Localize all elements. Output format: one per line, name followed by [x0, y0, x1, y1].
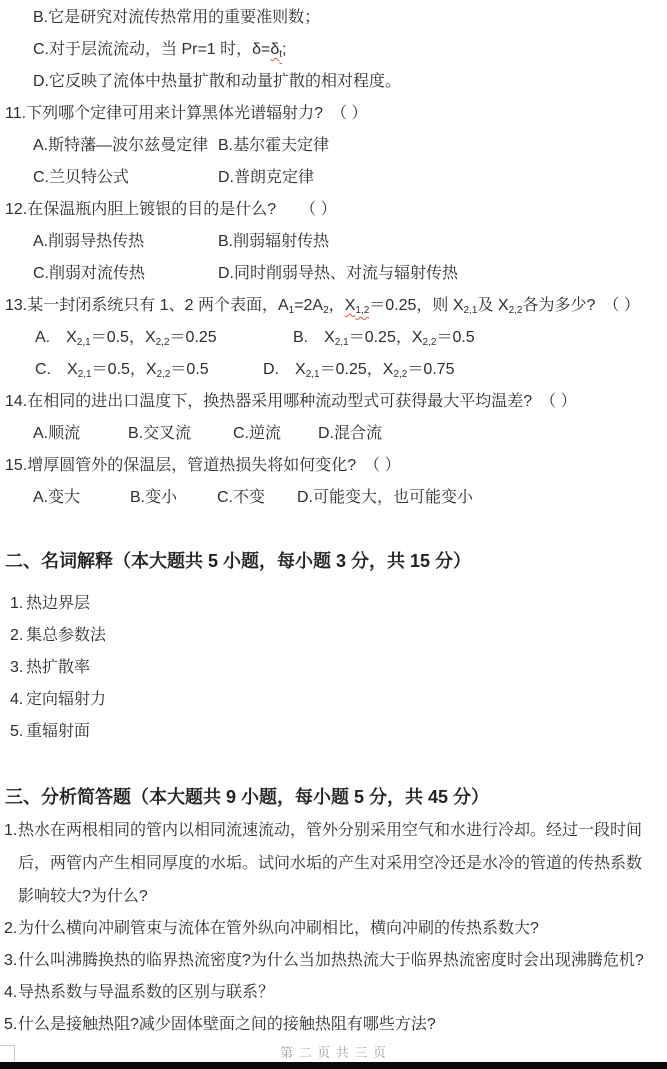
term-item-5-text: 重辐射面 [26, 723, 90, 740]
question-12-number: 12. [5, 194, 27, 226]
question-15: 15.增厚圆管外的保温层，管道热损失将如何变化? （ ） [0, 450, 667, 482]
section-3-heading: 三、分析简答题（本大题共 9 小题，每小题 5 分，共 45 分） [5, 780, 667, 814]
question-14-options-row: A.顺流B.交叉流C.逆流D.混合流 [33, 418, 667, 450]
q13-option-d: D. X2,1＝0.25，X2,2＝0.75 [263, 361, 454, 378]
short-answer-item-5-line-1: 什么是接触热阻?减少固体壁面之间的接触热阻有哪些方法? [18, 1009, 667, 1041]
short-answer-item-5-number: 5. [4, 1009, 17, 1041]
question-13-text: 某一封闭系统只有 1、2 两个表面，A1=2A2，X1,2＝0.25，则 X2,… [27, 297, 640, 314]
question-14-text: 在相同的进出口温度下，换热器采用哪种流动型式可获得最大平均温差? （ ） [27, 393, 576, 410]
question-13-options-row-1: A. X2,1＝0.5，X2,2＝0.25B. X2,1＝0.25，X2,2＝0… [35, 322, 667, 354]
q13-option-a: A. X2,1＝0.5，X2,2＝0.25 [35, 322, 293, 354]
term-item-5-number: 5. [10, 716, 26, 748]
question-15-number: 15. [5, 450, 27, 482]
q15-option-b: B.变小 [130, 482, 217, 514]
term-item-1: 1.热边界层 [0, 588, 667, 620]
q11-option-d: D.普朗克定律 [218, 169, 314, 186]
term-item-3: 3.热扩散率 [0, 652, 667, 684]
term-item-4-text: 定向辐射力 [26, 691, 106, 708]
short-answer-item-1-line-2: 后，两管内产生相同厚度的水垢。试问水垢的产生对采用空冷还是水冷的管道的传热系数 [18, 847, 667, 880]
question-14-number: 14. [5, 386, 27, 418]
question-11: 11.下列哪个定律可用来计算黑体光谱辐射力? （ ） [0, 98, 667, 130]
q15-option-a: A.变大 [33, 482, 130, 514]
question-15-options-row: A.变大B.变小C.不变D.可能变大，也可能变小 [33, 482, 667, 514]
question-13-number: 13. [5, 290, 27, 322]
q10-option-b: B.它是研究对流传热常用的重要准则数； [33, 2, 667, 34]
short-answer-item-4: 4. 导热系数与导温系数的区别与联系？ [0, 977, 667, 1009]
question-12-text: 在保温瓶内胆上镀银的目的是什么? （ ） [27, 201, 336, 218]
q15-option-c: C.不变 [217, 482, 297, 514]
q14-option-a: A.顺流 [33, 418, 128, 450]
q14-option-d: D.混合流 [318, 425, 382, 442]
q14-option-b: B.交叉流 [128, 418, 233, 450]
term-item-4-number: 4. [10, 684, 26, 716]
section-2-items: 1.热边界层 2.集总参数法 3.热扩散率 4.定向辐射力 5.重辐射面 [0, 588, 667, 748]
q11-option-a: A.斯特藩—波尔兹曼定律 [33, 130, 218, 162]
q10-option-c: C.对于层流流动，当 Pr=1 时，δ=δt; [33, 34, 667, 66]
question-11-number: 11. [5, 98, 26, 130]
short-answer-item-1-line-1: 热水在两根相同的管内以相同流速流动，管外分别采用空气和水进行冷却。经过一段时间 [18, 814, 667, 847]
page-footer: 第 二 页 共 三 页 [0, 1046, 667, 1060]
term-item-2: 2.集总参数法 [0, 620, 667, 652]
q14-option-c: C.逆流 [233, 418, 318, 450]
short-answer-item-2-line-1: 为什么横向冲刷管束与流体在管外纵向冲刷相比，横向冲刷的传热系数大? [18, 913, 667, 945]
short-answer-item-2: 2. 为什么横向冲刷管束与流体在管外纵向冲刷相比，横向冲刷的传热系数大? [0, 913, 667, 945]
term-item-3-number: 3. [10, 652, 26, 684]
short-answer-item-3-number: 3. [4, 945, 17, 977]
question-15-text: 增厚圆管外的保温层，管道热损失将如何变化? （ ） [27, 457, 400, 474]
question-11-text: 下列哪个定律可用来计算黑体光谱辐射力? （ ） [26, 105, 367, 122]
short-answer-item-1: 1. 热水在两根相同的管内以相同流速流动，管外分别采用空气和水进行冷却。经过一段… [0, 814, 667, 913]
footer-corner-box [0, 1045, 15, 1063]
multiple-choice-section: B.它是研究对流传热常用的重要准则数； C.对于层流流动，当 Pr=1 时，δ=… [0, 0, 667, 514]
term-item-4: 4.定向辐射力 [0, 684, 667, 716]
question-13-options-row-2: C. X2,1＝0.5，X2,2＝0.5D. X2,1＝0.25，X2,2＝0.… [35, 354, 667, 386]
question-14: 14.在相同的进出口温度下，换热器采用哪种流动型式可获得最大平均温差? （ ） [0, 386, 667, 418]
short-answer-item-1-line-3: 影响较大?为什么? [18, 880, 667, 913]
question-11-options-row-2: C.兰贝特公式D.普朗克定律 [33, 162, 667, 194]
term-item-2-text: 集总参数法 [26, 627, 106, 644]
q13-option-c: C. X2,1＝0.5，X2,2＝0.5 [35, 354, 263, 386]
short-answer-item-5: 5. 什么是接触热阻?减少固体壁面之间的接触热阻有哪些方法? [0, 1009, 667, 1041]
short-answer-item-4-line-1: 导热系数与导温系数的区别与联系？ [18, 977, 667, 1009]
question-11-options-row-1: A.斯特藩—波尔兹曼定律B.基尔霍夫定律 [33, 130, 667, 162]
term-item-3-text: 热扩散率 [26, 659, 90, 676]
q11-option-c: C.兰贝特公式 [33, 162, 218, 194]
q12-option-c: C.削弱对流传热 [33, 258, 218, 290]
exam-page: B.它是研究对流传热常用的重要准则数； C.对于层流流动，当 Pr=1 时，δ=… [0, 0, 667, 1069]
section-3-items: 1. 热水在两根相同的管内以相同流速流动，管外分别采用空气和水进行冷却。经过一段… [0, 814, 667, 1041]
term-item-2-number: 2. [10, 620, 26, 652]
q10-option-d: D.它反映了流体中热量扩散和动量扩散的相对程度。 [33, 66, 667, 98]
short-answer-item-3: 3. 什么叫沸腾换热的临界热流密度?为什么当加热热流大于临界热流密度时会出现沸腾… [0, 945, 667, 977]
q12-option-b: B.削弱辐射传热 [218, 233, 329, 250]
question-13: 13.某一封闭系统只有 1、2 两个表面，A1=2A2，X1,2＝0.25，则 … [0, 290, 667, 322]
bottom-black-bar [0, 1062, 667, 1069]
short-answer-item-1-number: 1. [4, 814, 17, 847]
term-item-1-number: 1. [10, 588, 26, 620]
q13-option-b: B. X2,1＝0.25，X2,2＝0.5 [293, 329, 475, 346]
term-item-1-text: 热边界层 [26, 595, 90, 612]
q12-option-a: A.削弱导热传热 [33, 226, 218, 258]
q11-option-b: B.基尔霍夫定律 [218, 137, 329, 154]
short-answer-item-2-number: 2. [4, 913, 17, 945]
short-answer-item-4-number: 4. [4, 977, 17, 1009]
q15-option-d: D.可能变大，也可能变小 [297, 489, 473, 506]
question-12: 12.在保温瓶内胆上镀银的目的是什么? （ ） [0, 194, 667, 226]
section-2-heading: 二、名词解释（本大题共 5 小题，每小题 3 分，共 15 分） [5, 544, 667, 578]
term-item-5: 5.重辐射面 [0, 716, 667, 748]
question-12-options-row-1: A.削弱导热传热B.削弱辐射传热 [33, 226, 667, 258]
short-answer-item-3-line-1: 什么叫沸腾换热的临界热流密度?为什么当加热热流大于临界热流密度时会出现沸腾危机? [18, 945, 667, 977]
question-12-options-row-2: C.削弱对流传热D.同时削弱导热、对流与辐射传热 [33, 258, 667, 290]
q12-option-d: D.同时削弱导热、对流与辐射传热 [218, 265, 458, 282]
